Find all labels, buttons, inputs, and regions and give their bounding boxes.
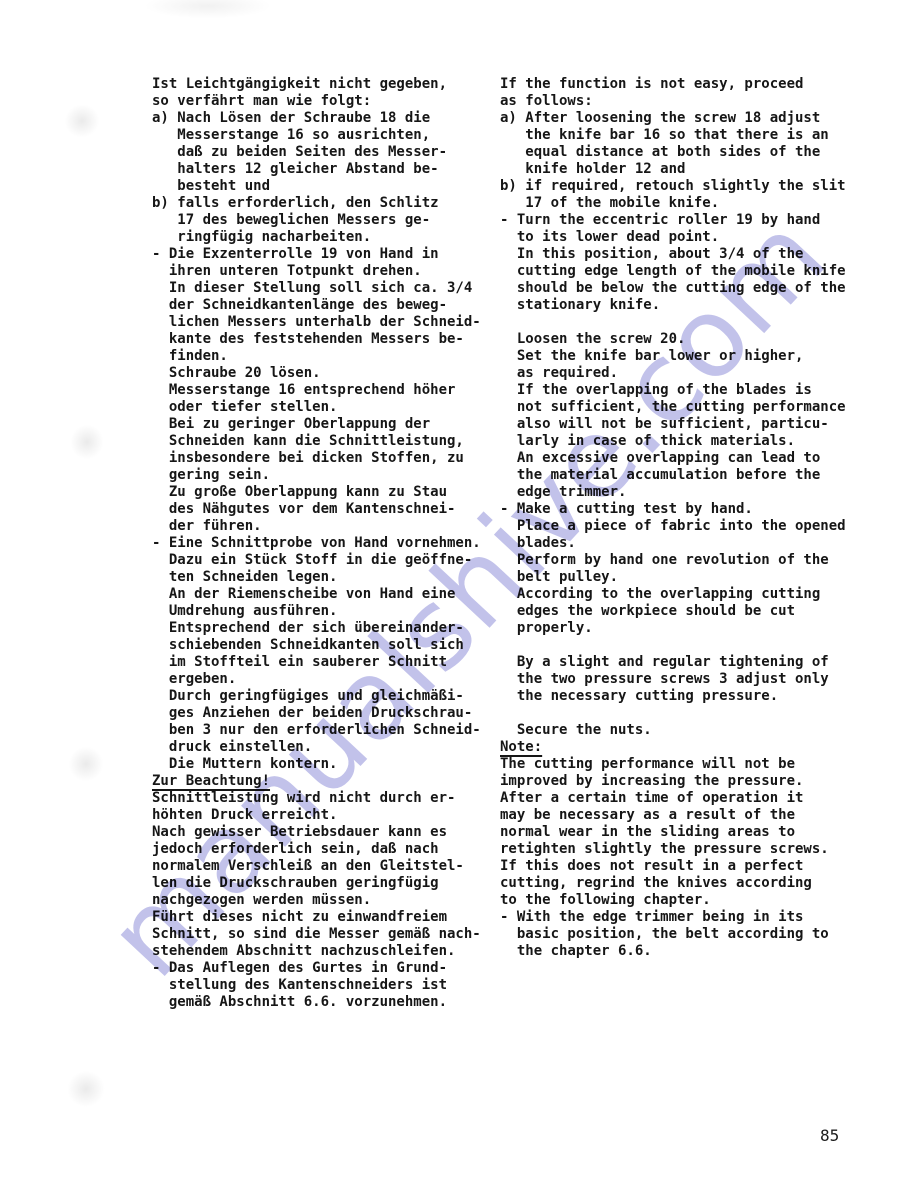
text-paragraph: - With the edge trimmer being in its bas… [500,909,878,960]
text-paragraph: a) After loosening the screw 18 adjust t… [500,110,878,178]
text-paragraph: b) if required, retouch slightly the sli… [500,178,878,212]
text-paragraph: - Die Exzenterrolle 19 von Hand in ihren… [152,246,497,535]
german-text-column: Ist Leichtgängigkeit nicht gegeben, so v… [152,76,497,1011]
text-paragraph: - Das Auflegen des Gurtes in Grund- stel… [152,960,497,1011]
manual-page: Ist Leichtgängigkeit nicht gegeben, so v… [0,0,918,1188]
section-heading: Note: [500,739,878,756]
page-number: 85 [820,1126,839,1145]
text-paragraph: - Make a cutting test by hand. Place a p… [500,501,878,739]
scan-smudge [62,740,110,788]
scan-smudge [60,1064,112,1114]
text-paragraph: b) falls erforderlich, den Schlitz 17 de… [152,195,497,246]
scan-smudge [118,0,298,24]
section-heading: Zur Beachtung! [152,773,497,790]
text-paragraph: Schnittleistung wird nicht durch er- höh… [152,790,497,960]
text-paragraph: - Turn the eccentric roller 19 by hand t… [500,212,878,501]
text-paragraph: If the function is not easy, proceed as … [500,76,878,110]
english-text-column: If the function is not easy, proceed as … [500,76,878,960]
text-paragraph: - Eine Schnittprobe von Hand vornehmen. … [152,535,497,773]
text-paragraph: The cutting performance will not be impr… [500,756,878,858]
scan-smudge [64,418,110,466]
text-paragraph: Ist Leichtgängigkeit nicht gegeben, so v… [152,76,497,110]
text-paragraph: a) Nach Lösen der Schraube 18 die Messer… [152,110,497,195]
scan-smudge [58,98,106,144]
text-paragraph: If this does not result in a perfect cut… [500,858,878,909]
